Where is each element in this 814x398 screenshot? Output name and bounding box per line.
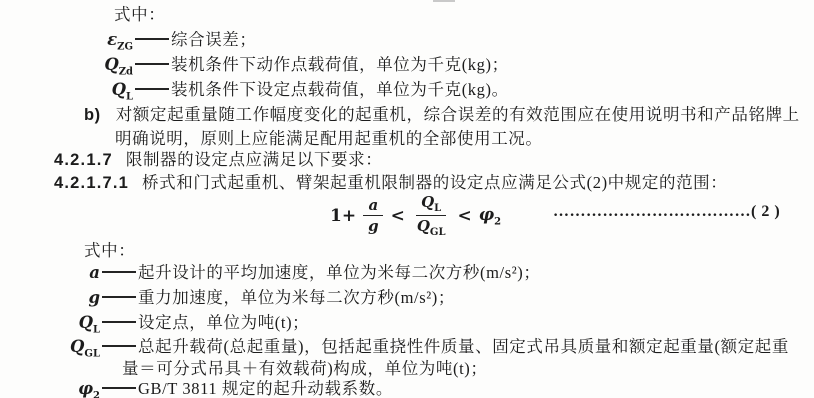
dash-connector: [102, 387, 136, 389]
list-item-b-continuation: 明确说明，原则上应能满足配用起重机的全部使用工况。: [115, 128, 543, 150]
clause-number: 4.2.1.7: [54, 151, 113, 169]
formula1-where-label: 式中：: [114, 4, 165, 26]
dash-connector: [102, 296, 136, 298]
clause-text: 限制器的设定点应满足以下要求：: [126, 150, 383, 169]
symbol-q-l: QL: [70, 79, 133, 102]
definition-row: QZd装机条件下动作点载荷值，单位为千克(kg)；: [70, 54, 509, 77]
symbol-a: a: [40, 262, 100, 285]
dash-connector: [102, 345, 136, 347]
definition-row: φ2GB/T 3811 规定的起升动载系数。: [40, 378, 393, 398]
definition-row: εZG综合误差；: [70, 29, 257, 52]
symbol-phi2: φ2: [40, 378, 100, 398]
clause-4-2-1-7-1: 4.2.1.7.1桥式和门式起重机、臂架起重机限制器的设定点应满足公式(2)中规…: [54, 172, 727, 194]
document-page: 式中： εZG综合误差； QZd装机条件下动作点载荷值，单位为千克(kg)； Q…: [0, 0, 814, 398]
fraction-a-over-g: a g: [363, 196, 384, 235]
symbol-q-l: QL: [40, 312, 100, 335]
dash-connector: [135, 63, 169, 65]
clause-number: 4.2.1.7.1: [54, 174, 129, 192]
dash-connector: [135, 88, 169, 90]
definition-text: 设定点，单位为吨(t)；: [138, 313, 309, 332]
symbol-q-gl: QGL: [40, 336, 100, 359]
less-than-sign: <: [457, 205, 471, 227]
list-item-b-text: 对额定起重量随工作幅度变化的起重机，综合误差的有效范围应在使用说明书和产品铭牌上: [116, 105, 800, 124]
less-than-sign: <: [391, 205, 405, 227]
clause-4-2-1-7: 4.2.1.7限制器的设定点应满足以下要求：: [54, 149, 382, 171]
leader-dots: ………………………………: [553, 203, 751, 220]
dash-connector: [135, 38, 169, 40]
scan-artifact: [433, 0, 455, 2]
definition-row: QGL总起升载荷(总起重量)，包括起重挠性件质量、固定式吊具质量和额定起重量(额…: [40, 336, 789, 359]
fraction-ql-over-qgl: QL QGL: [412, 193, 451, 238]
dash-connector: [102, 271, 136, 273]
definition-text: GB/T 3811 规定的起升动载系数。: [138, 379, 393, 398]
definition-text: 起升设计的平均加速度，单位为米每二次方秒(m/s²)；: [138, 263, 540, 282]
equation-2: 1+ a g < QL QGL < φ2: [330, 193, 501, 238]
symbol-q-zd: QZd: [70, 54, 133, 77]
equation-number: ( 2 ): [751, 203, 780, 220]
definition-text: 总起升载荷(总起重量)，包括起重挠性件质量、固定式吊具质量和额定起重量(额定起重: [138, 337, 789, 356]
definition-row: a起升设计的平均加速度，单位为米每二次方秒(m/s²)；: [40, 262, 540, 285]
definition-row: QL设定点，单位为吨(t)；: [40, 312, 309, 335]
equation-number-leader: ………………………………( 2 ): [553, 201, 780, 223]
definition-text: 装机条件下动作点载荷值，单位为千克(kg)；: [171, 55, 509, 74]
symbol-g: g: [40, 287, 100, 310]
definition-continuation: 量＝可分式吊具＋有效载荷)构成，单位为吨(t)；: [122, 358, 487, 380]
formula2-where-label: 式中：: [84, 240, 135, 262]
symbol-phi2: φ2: [479, 204, 501, 227]
definition-row: QL装机条件下设定点载荷值，单位为千克(kg)。: [70, 79, 509, 102]
equation-lead: 1+: [330, 205, 356, 227]
definition-text: 综合误差；: [171, 30, 257, 49]
symbol-epsilon-zg: εZG: [70, 29, 133, 52]
definition-text: 重力加速度，单位为米每二次方秒(m/s²)；: [138, 288, 455, 307]
definition-text: 装机条件下设定点载荷值，单位为千克(kg)。: [171, 80, 509, 99]
list-item-b: b)对额定起重量随工作幅度变化的起重机，综合误差的有效范围应在使用说明书和产品铭…: [84, 104, 800, 126]
clause-text: 桥式和门式起重机、臂架起重机限制器的设定点应满足公式(2)中规定的范围：: [142, 173, 727, 192]
dash-connector: [102, 321, 136, 323]
definition-row: g重力加速度，单位为米每二次方秒(m/s²)；: [40, 287, 455, 310]
list-item-b-label: b): [84, 106, 101, 124]
